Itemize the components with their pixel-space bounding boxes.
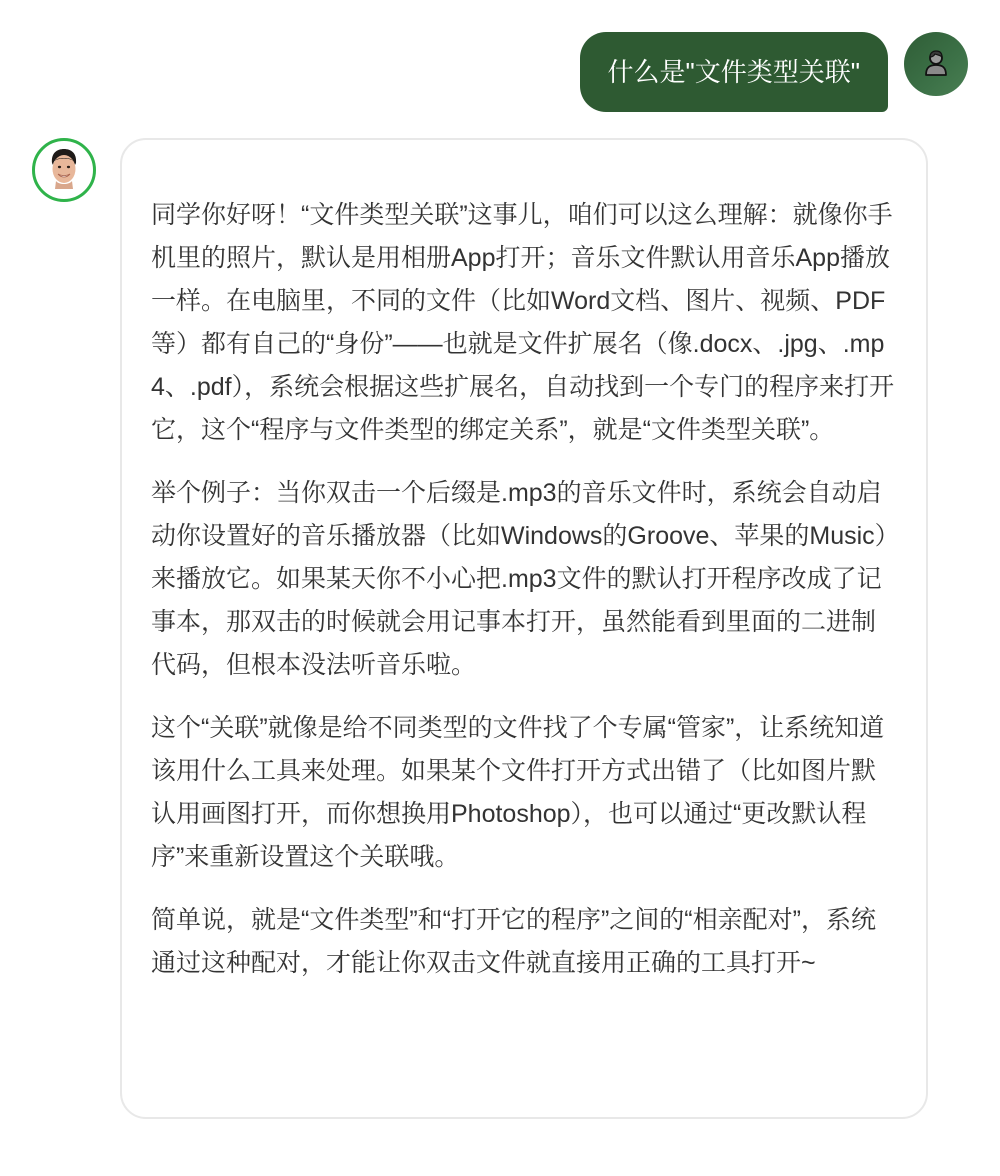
teacher-portrait-icon — [39, 143, 89, 198]
person-icon — [921, 47, 951, 82]
assistant-avatar — [32, 138, 96, 202]
user-avatar — [904, 32, 968, 96]
user-message-bubble: 什么是"文件类型关联" — [580, 32, 888, 112]
chat-conversation: 什么是"文件类型关联" 同学你 — [0, 0, 1000, 1176]
user-message-text: 什么是"文件类型关联" — [608, 57, 860, 87]
assistant-paragraph-1: 同学你好呀！“文件类型关联”这事儿，咱们可以这么理解：就像你手机里的照片，默认是… — [151, 194, 896, 452]
user-message-row: 什么是"文件类型关联" — [580, 32, 968, 112]
assistant-paragraph-4: 简单说，就是“文件类型”和“打开它的程序”之间的“相亲配对”，系统通过这种配对，… — [151, 899, 896, 985]
assistant-paragraph-3: 这个“关联”就像是给不同类型的文件找了个专属“管家”，让系统知道该用什么工具来处… — [151, 707, 896, 879]
assistant-message-bubble: 同学你好呀！“文件类型关联”这事儿，咱们可以这么理解：就像你手机里的照片，默认是… — [120, 138, 928, 1119]
assistant-paragraph-2: 举个例子：当你双击一个后缀是.mp3的音乐文件时，系统会自动启动你设置好的音乐播… — [151, 472, 896, 687]
